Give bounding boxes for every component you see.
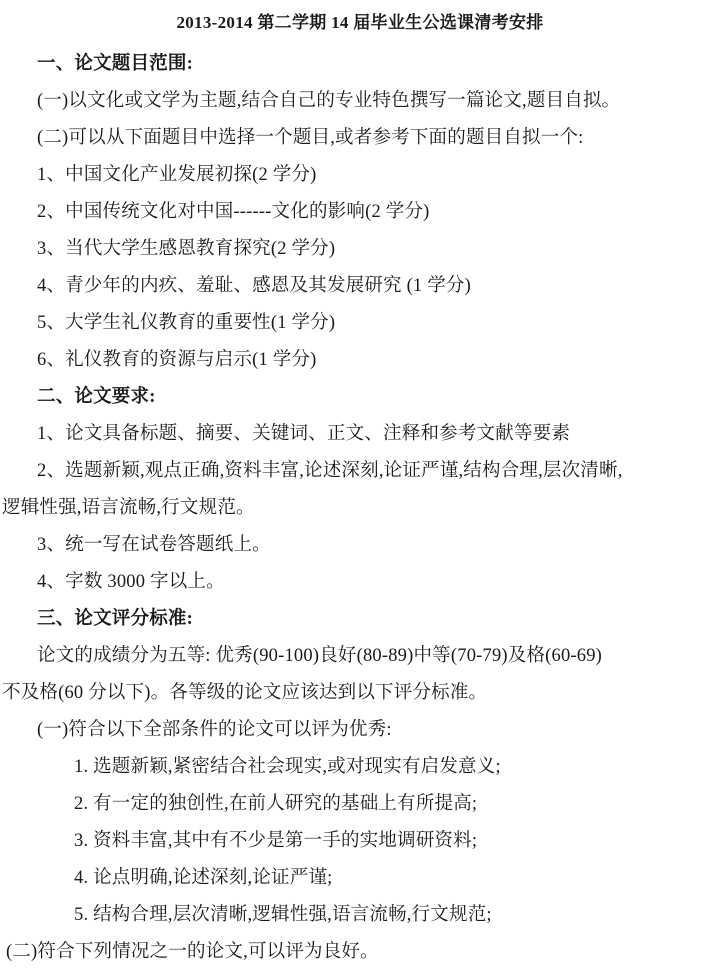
text-line: 1. 选题新颖,紧密结合社会现实,或对现实有启发意义;: [0, 749, 720, 786]
text-line: 1、论文具备标题、摘要、关键词、正文、注释和参考文献等要素: [0, 416, 720, 453]
text-line: 1、中国文化产业发展初探(2 学分): [0, 157, 720, 194]
text-line: 5. 结构合理,层次清晰,逻辑性强,语言流畅,行文规范;: [0, 897, 720, 934]
document-page: 2013-2014 第二学期 14 届毕业生公选课清考安排 一、论文题目范围:(…: [0, 0, 720, 971]
text-line: 3、当代大学生感恩教育探究(2 学分): [0, 231, 720, 268]
text-line: 3、统一写在试卷答题纸上。: [0, 527, 720, 564]
document-title: 2013-2014 第二学期 14 届毕业生公选课清考安排: [0, 0, 720, 46]
text-line: 4、青少年的内疚、羞耻、感恩及其发展研究 (1 学分): [0, 268, 720, 305]
text-line: 6、礼仪教育的资源与启示(1 学分): [0, 342, 720, 379]
text-line: 一、论文题目范围:: [0, 46, 720, 83]
text-line: 逻辑性强,语言流畅,行文规范。: [0, 490, 720, 527]
text-line: 不及格(60 分以下)。各等级的论文应该达到以下评分标准。: [0, 675, 720, 712]
text-line: 论文的成绩分为五等: 优秀(90-100)良好(80-89)中等(70-79)及…: [0, 638, 720, 675]
text-line: (一)以文化或文学为主题,结合自己的专业特色撰写一篇论文,题目自拟。: [0, 83, 720, 120]
text-line: 3. 资料丰富,其中有不少是第一手的实地调研资料;: [0, 823, 720, 860]
text-line: 2、中国传统文化对中国------文化的影响(2 学分): [0, 194, 720, 231]
text-line: (二)符合下列情况之一的论文,可以评为良好。: [0, 934, 720, 971]
text-line: 4. 论点明确,论述深刻,论证严谨;: [0, 860, 720, 897]
document-body: 一、论文题目范围:(一)以文化或文学为主题,结合自己的专业特色撰写一篇论文,题目…: [0, 46, 720, 971]
text-line: 2. 有一定的独创性,在前人研究的基础上有所提高;: [0, 786, 720, 823]
text-line: (一)符合以下全部条件的论文可以评为优秀:: [0, 712, 720, 749]
text-line: 4、字数 3000 字以上。: [0, 564, 720, 601]
text-line: 二、论文要求:: [0, 379, 720, 416]
text-line: (二)可以从下面题目中选择一个题目,或者参考下面的题目自拟一个:: [0, 120, 720, 157]
text-line: 5、大学生礼仪教育的重要性(1 学分): [0, 305, 720, 342]
text-line: 2、选题新颖,观点正确,资料丰富,论述深刻,论证严谨,结构合理,层次清晰,: [0, 453, 720, 490]
text-line: 三、论文评分标准:: [0, 601, 720, 638]
